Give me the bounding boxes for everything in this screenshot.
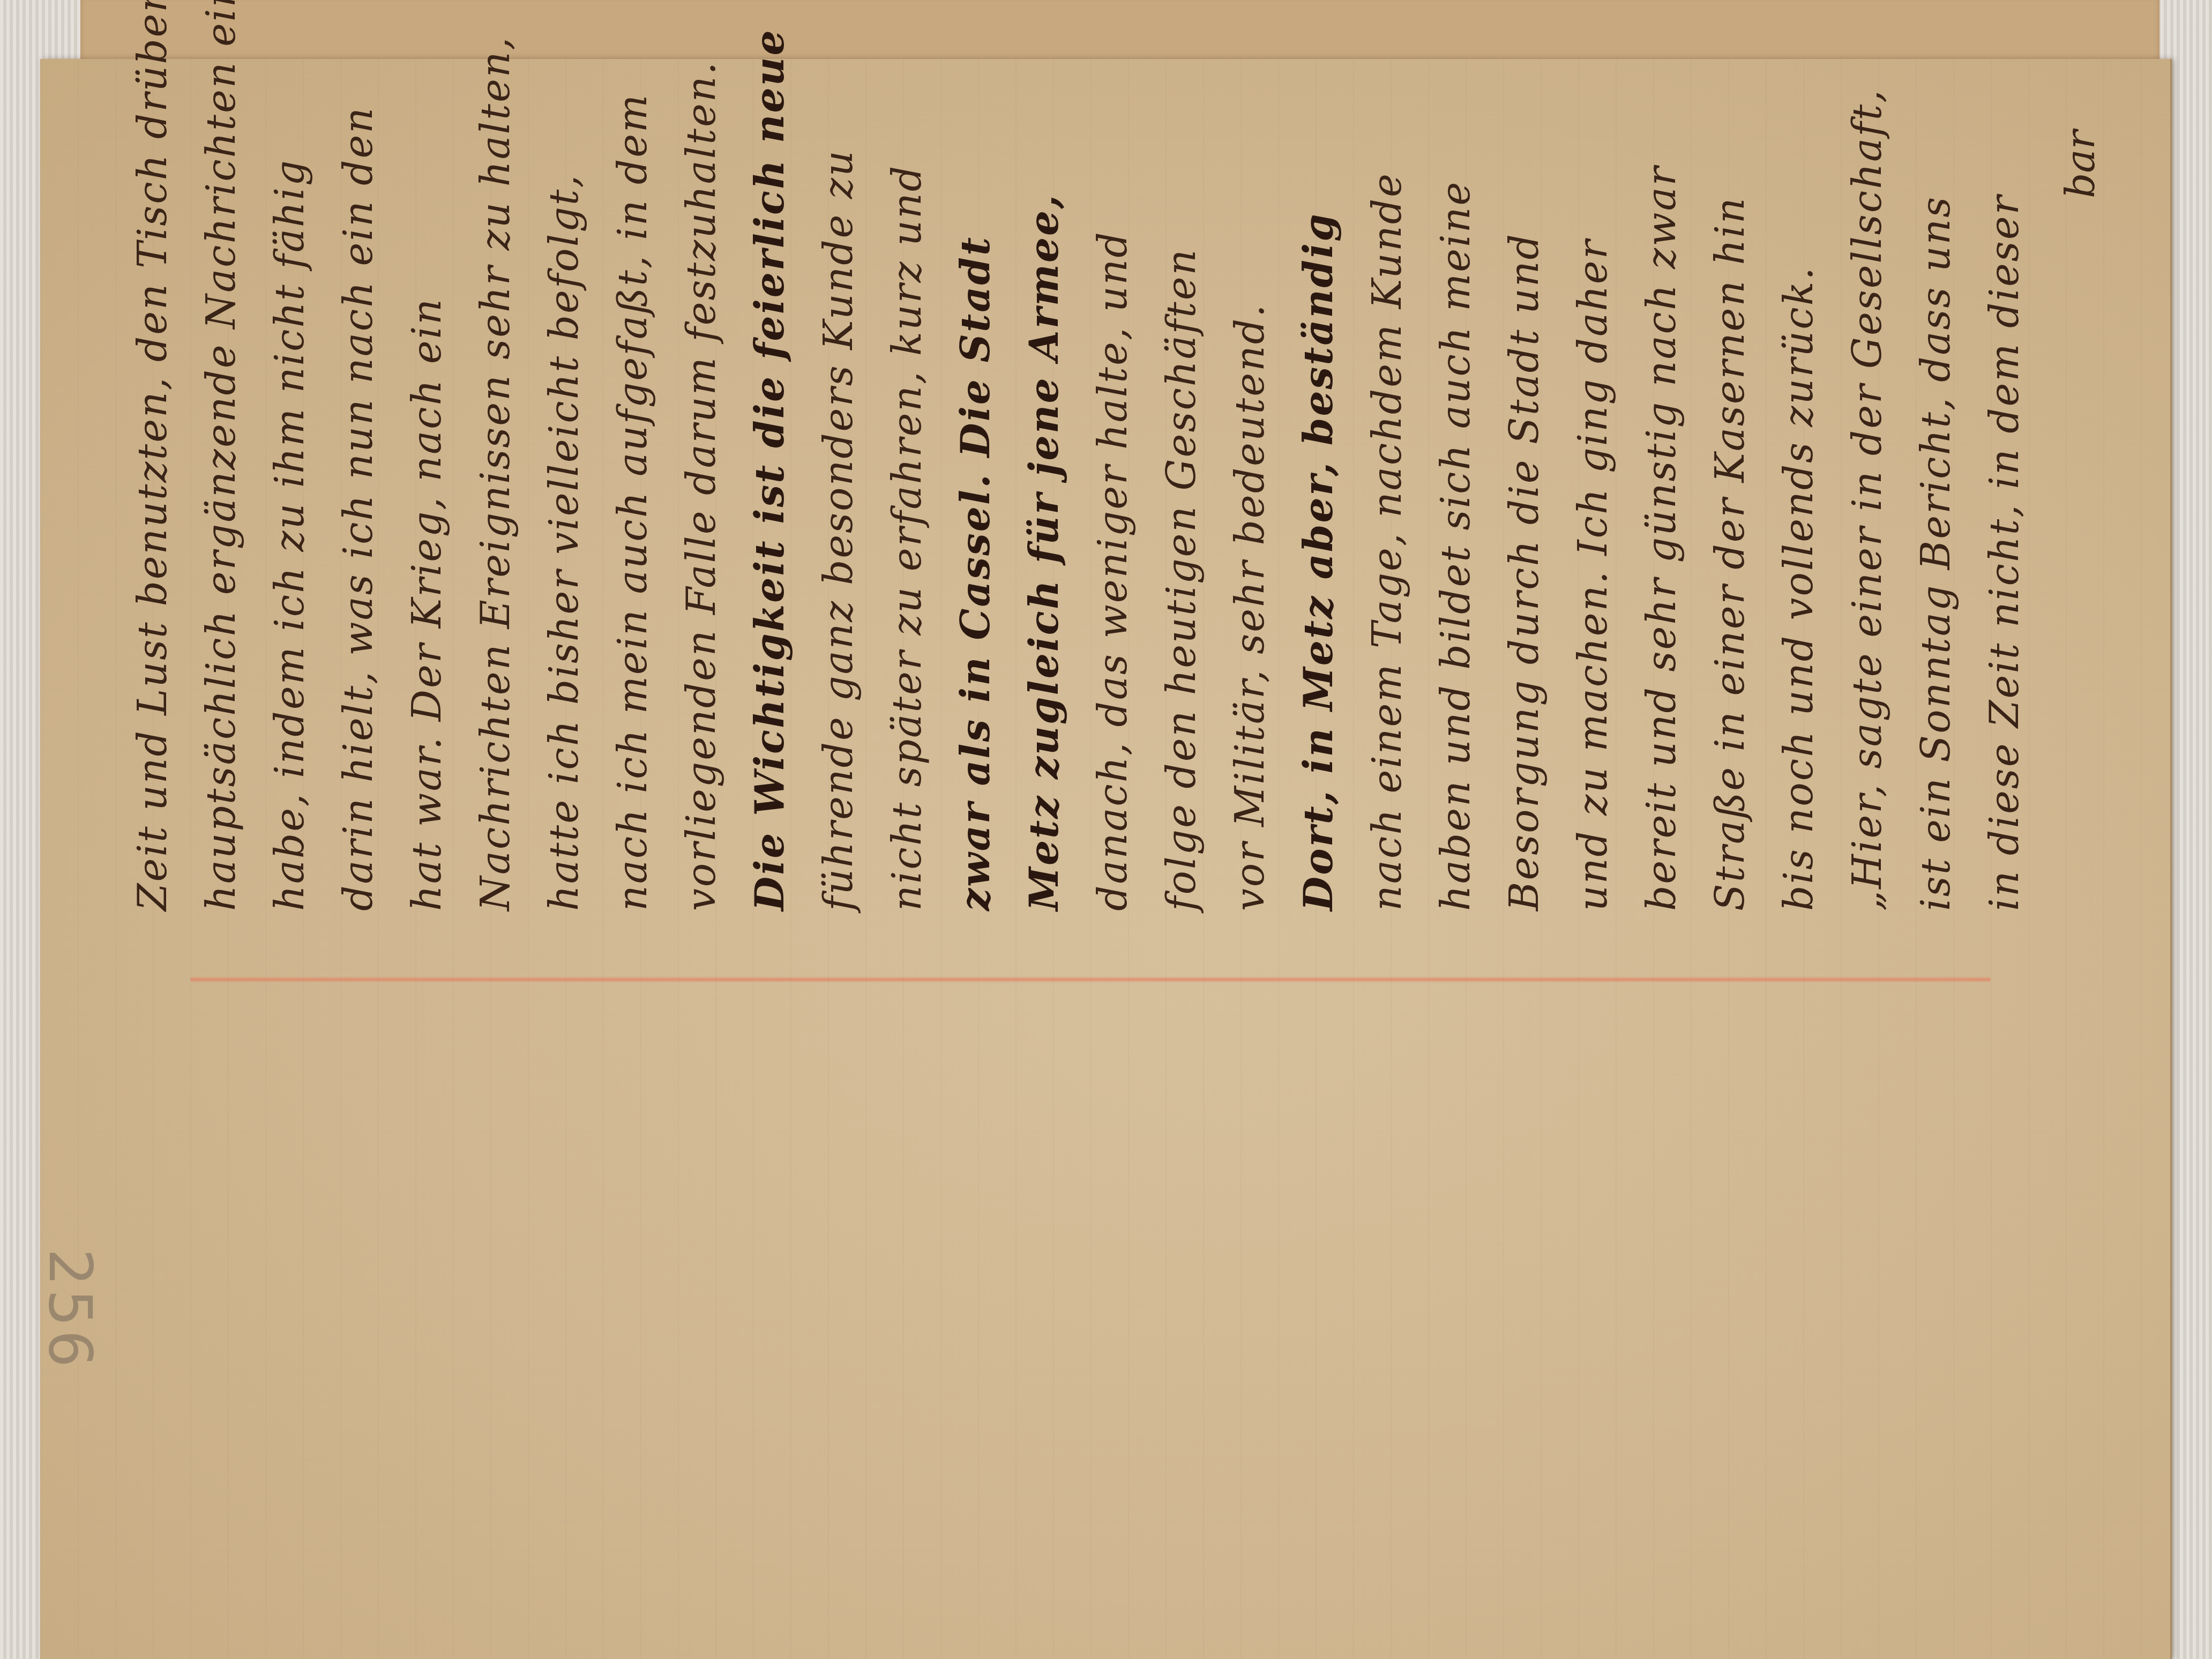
text-line: Zeit und Lust benutzten, den Tisch drübe…	[123, 64, 182, 911]
text-line: folge den heutigen Geschäften	[1152, 64, 1211, 911]
text-line: führende ganz besonders Kunde zu	[809, 64, 868, 911]
text-line: vorliegenden Falle darum festzuhalten.	[672, 64, 731, 911]
text-line: Besorgung durch die Stadt und	[1495, 64, 1554, 911]
text-line: Nachrichten Ereignissen sehr zu halten,	[466, 64, 525, 911]
text-line: darin hielt, was ich nun nach ein den	[329, 64, 388, 911]
text-line: habe, indem ich zu ihm nicht fähig	[260, 64, 319, 911]
text-line: und zu machen. Ich ging daher	[1564, 64, 1623, 911]
text-line: nach ich mein auch aufgefaßt, in dem	[603, 64, 662, 911]
handwritten-text-block: Zeit und Lust benutzten, den Tisch drübe…	[123, 64, 2106, 911]
red-crayon-margin-line	[190, 976, 1991, 983]
text-line: danach, das weniger halte, und	[1083, 64, 1142, 911]
text-line: vor Militär, sehr bedeutend.	[1221, 64, 1280, 911]
catchword: bar	[2058, 91, 2101, 198]
text-line: zwar als in Cassel. Die Stadt	[946, 64, 1005, 911]
text-line: in diese Zeit nicht, in dem dieser	[1975, 64, 2034, 911]
text-line: bereit und sehr günstig nach zwar	[1632, 64, 1691, 911]
text-line: ist ein Sonntag Bericht, dass uns	[1907, 64, 1966, 911]
text-line: Straße in einer der Kasernen hin	[1701, 64, 1760, 911]
text-line: haben und bildet sich auch meine	[1426, 64, 1485, 911]
text-line: nicht später zu erfahren, kurz und	[878, 64, 937, 911]
pencil-page-number: 256	[36, 1249, 104, 1371]
text-line: nach einem Tage, nachdem Kunde	[1358, 64, 1417, 911]
text-line: Die Wichtigkeit ist die feierlich neue	[741, 64, 799, 911]
text-line: Dort, in Metz aber, beständig	[1289, 64, 1348, 911]
text-line: Metz zugleich für jene Armee,	[1015, 64, 1074, 911]
text-line: „Hier, sagte einer in der Gesellschaft,	[1838, 64, 1897, 911]
text-line: hauptsächlich ergänzende Nachrichten ein…	[192, 64, 251, 911]
text-line: hatte ich bisher vielleicht befolgt,	[535, 64, 594, 911]
text-line: bis noch und vollends zurück.	[1769, 64, 1828, 911]
text-line: hat war. Der Krieg, nach ein	[398, 64, 457, 911]
